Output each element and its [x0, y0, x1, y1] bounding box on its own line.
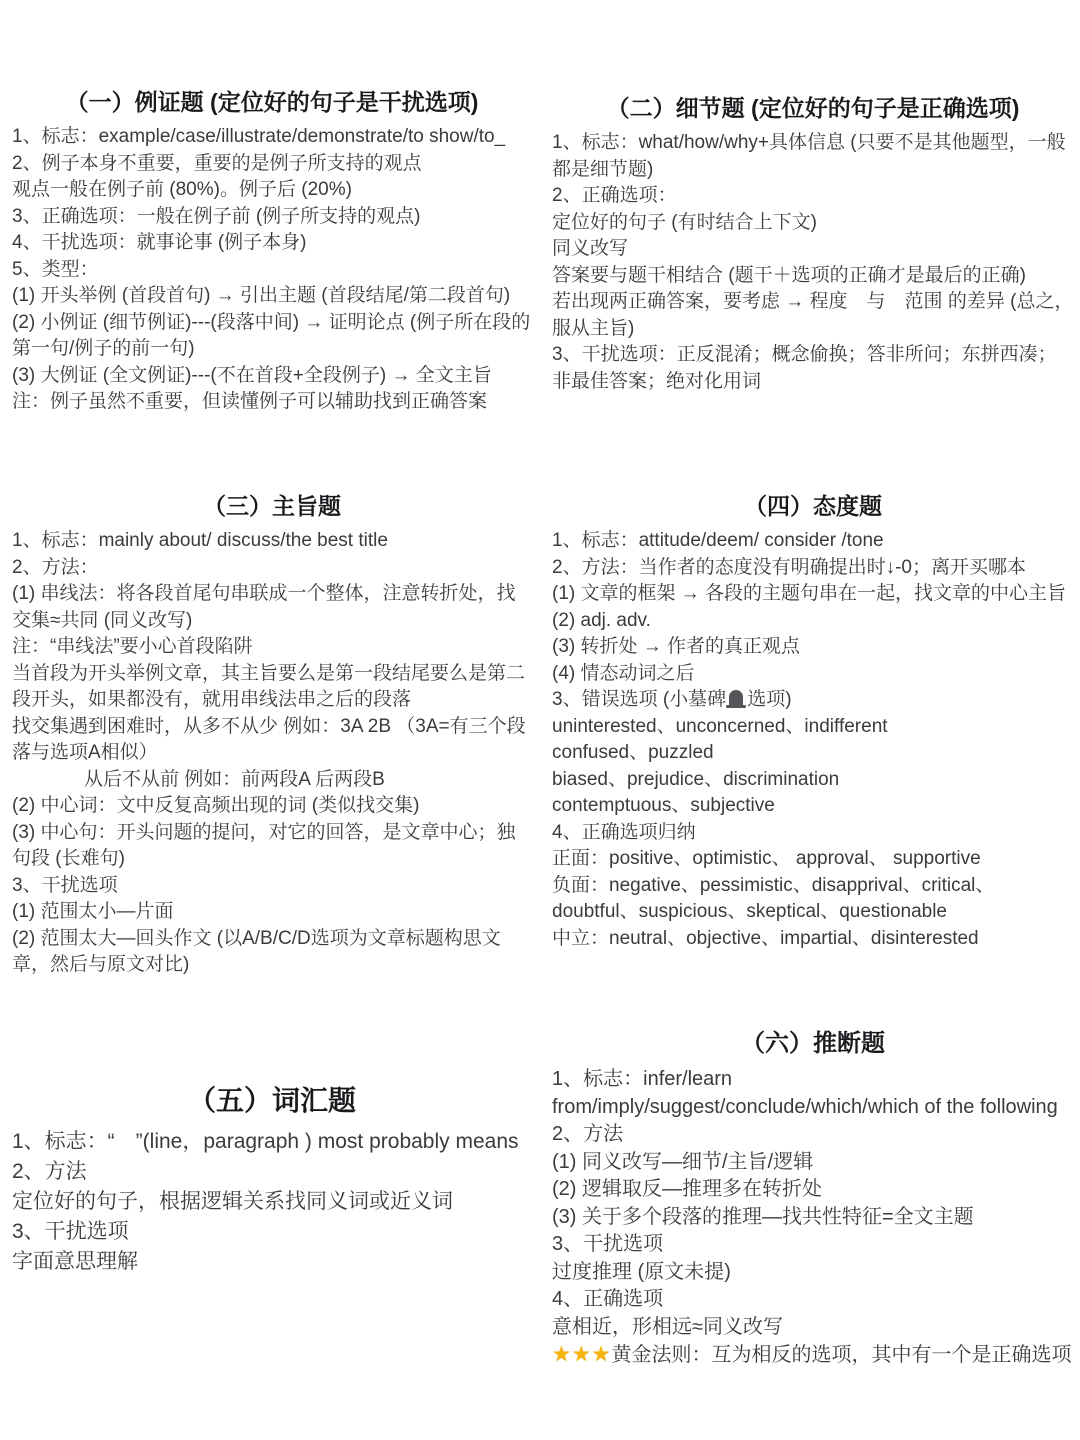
- text-line: 找交集遇到困难时，从多不从少 例如：3A 2B （3A=有三个段落与选项A相似）: [12, 714, 532, 767]
- section-body-main-idea: 1、标志：mainly about/ discuss/the best titl…: [12, 528, 532, 979]
- star-icon: ★: [552, 1343, 572, 1366]
- text-line: 定位好的句子，根据逻辑关系找同义词或近义词: [12, 1187, 532, 1217]
- section-body-example: 1、标志：example/case/illustrate/demonstrate…: [12, 124, 532, 416]
- text-line: 2、正确选项：: [552, 183, 1074, 210]
- text-line: 答案要与题干相结合 (题干＋选项的正确才是最后的正确): [552, 263, 1074, 290]
- text-line: 4、正确选项: [552, 1286, 1074, 1314]
- text-line: 注：例子虽然不重要，但读懂例子可以辅助找到正确答案: [12, 389, 532, 416]
- text-line: 2、方法：当作者的态度没有明确提出时↓-0；离开买哪本: [552, 555, 1074, 582]
- text-line: 过度推理 (原文未提): [552, 1259, 1074, 1287]
- text-line: (3) 中心句：开头问题的提问，对它的回答，是文章中心；独句段 (长难句): [12, 820, 532, 873]
- text-line: contemptuous、subjective: [552, 793, 1074, 820]
- text-line: (2) 范围太大—回头作文 (以A/B/C/D选项为文章标题构思文章，然后与原文…: [12, 926, 532, 979]
- text-line: 1、标志：what/how/why+具体信息 (只要不是其他题型，一般都是细节题…: [552, 130, 1074, 183]
- text-line: (1) 同义改写—细节/主旨/逻辑: [552, 1149, 1074, 1177]
- section-example-questions: （一）例证题 (定位好的句子是干扰选项) 1、标志：example/case/i…: [12, 86, 532, 416]
- text-line: 3、错误选项 (小墓碑选项): [552, 687, 1074, 714]
- text-line: 意相近，形相远≈同义改写: [552, 1314, 1074, 1342]
- text-line: 4、干扰选项：就事论事 (例子本身): [12, 230, 532, 257]
- text-line: (4) 情态动词之后: [552, 661, 1074, 688]
- text-line: (2) adj. adv.: [552, 608, 1074, 635]
- text-line: 2、方法：: [12, 555, 532, 582]
- text-line: 3、干扰选项: [552, 1231, 1074, 1259]
- text-line: (1) 开头举例 (首段首句) → 引出主题 (首段结尾/第二段首句): [12, 283, 532, 310]
- text-line: 1、标志：example/case/illustrate/demonstrate…: [12, 124, 532, 151]
- section-body-detail: 1、标志：what/how/why+具体信息 (只要不是其他题型，一般都是细节题…: [552, 130, 1074, 395]
- text-line: 定位好的句子 (有时结合上下文): [552, 210, 1074, 237]
- text-line: (1) 文章的框架 → 各段的主题句串在一起，找文章的中心主旨: [552, 581, 1074, 608]
- text-line: 3、正确选项：一般在例子前 (例子所支持的观点): [12, 204, 532, 231]
- section-body-inference: 1、标志：infer/learn from/imply/suggest/conc…: [552, 1066, 1074, 1370]
- text-line: (2) 逻辑取反—推理多在转折处: [552, 1176, 1074, 1204]
- text-line: biased、prejudice、discrimination: [552, 767, 1074, 794]
- section-title-inference: （六）推断题: [552, 1028, 1074, 1060]
- text-line: 从后不从前 例如：前两段A 后两段B: [12, 767, 532, 794]
- text-line: 2、方法: [552, 1121, 1074, 1149]
- text-line: 负面：negative、pessimistic、disapprival、crit…: [552, 873, 1074, 926]
- text-line: 1、标志：mainly about/ discuss/the best titl…: [12, 528, 532, 555]
- text-line: (3) 关于多个段落的推理—找共性特征=全文主题: [552, 1204, 1074, 1232]
- text-line: 注：“串线法”要小心首段陷阱: [12, 634, 532, 661]
- text-line: 3、干扰选项: [12, 1217, 532, 1247]
- text-line: (3) 转折处 → 作者的真正观点: [552, 634, 1074, 661]
- star-icon: ★: [592, 1343, 612, 1366]
- text-line: confused、puzzled: [552, 740, 1074, 767]
- text-line: (2) 中心词：文中反复高频出现的词 (类似找交集): [12, 793, 532, 820]
- section-title-attitude: （四）态度题: [552, 490, 1074, 522]
- section-title-example: （一）例证题 (定位好的句子是干扰选项): [12, 86, 532, 118]
- section-detail-questions: （二）细节题 (定位好的句子是正确选项) 1、标志：what/how/why+具…: [552, 92, 1074, 395]
- star-icon: ★: [572, 1343, 592, 1366]
- section-vocabulary-questions: （五）词汇题 1、标志：“ ”(line，paragraph ) most pr…: [12, 1083, 532, 1277]
- text-line: ★★★黄金法则：互为相反的选项，其中有一个是正确选项: [552, 1341, 1074, 1370]
- text-line: 观点一般在例子前 (80%)。例子后 (20%): [12, 177, 532, 204]
- section-title-main-idea: （三）主旨题: [12, 490, 532, 522]
- text-line: 当首段为开头举例文章，其主旨要么是第一段结尾要么是第二段开头，如果都没有，就用串…: [12, 661, 532, 714]
- text-line: 3、干扰选项: [12, 873, 532, 900]
- text-line: 5、类型：: [12, 257, 532, 284]
- text-line: 字面意思理解: [12, 1247, 532, 1277]
- section-attitude-questions: （四）态度题 1、标志：attitude/deem/ consider /ton…: [552, 490, 1074, 952]
- text-line: 2、例子本身不重要，重要的是例子所支持的观点: [12, 151, 532, 178]
- section-title-vocabulary: （五）词汇题: [12, 1083, 532, 1119]
- text-line: 1、标志：infer/learn from/imply/suggest/conc…: [552, 1066, 1074, 1121]
- text-line: 4、正确选项归纳: [552, 820, 1074, 847]
- text-line: (1) 串线法：将各段首尾句串联成一个整体，注意转折处，找交集≈共同 (同义改写…: [12, 581, 532, 634]
- text-line: 同义改写: [552, 236, 1074, 263]
- tombstone-icon: [729, 690, 743, 706]
- reading-notes-page: （一）例证题 (定位好的句子是干扰选项) 1、标志：example/case/i…: [0, 0, 1080, 1440]
- text-line: 1、标志：“ ”(line，paragraph ) most probably …: [12, 1127, 532, 1157]
- section-inference-questions: （六）推断题 1、标志：infer/learn from/imply/sugge…: [552, 1028, 1074, 1370]
- text-line: 2、方法: [12, 1157, 532, 1187]
- section-title-detail: （二）细节题 (定位好的句子是正确选项): [552, 92, 1074, 124]
- section-main-idea-questions: （三）主旨题 1、标志：mainly about/ discuss/the be…: [12, 490, 532, 979]
- text-line: 1、标志：attitude/deem/ consider /tone: [552, 528, 1074, 555]
- text-line: 中立：neutral、objective、impartial、disintere…: [552, 926, 1074, 953]
- section-body-attitude: 1、标志：attitude/deem/ consider /tone2、方法：当…: [552, 528, 1074, 952]
- text-line: (3) 大例证 (全文例证)---(不在首段+全段例子) → 全文主旨: [12, 363, 532, 390]
- text-line: 3、干扰选项：正反混淆；概念偷换；答非所问；东拼西凑；非最佳答案；绝对化用词: [552, 342, 1074, 395]
- text-line: uninterested、unconcerned、indifferent: [552, 714, 1074, 741]
- text-line: 若出现两正确答案，要考虑 → 程度 与 范围 的差异 (总之，服从主旨): [552, 289, 1074, 342]
- text-line: (2) 小例证 (细节例证)---(段落中间) → 证明论点 (例子所在段的第一…: [12, 310, 532, 363]
- text-line: (1) 范围太小—片面: [12, 899, 532, 926]
- text-line: 正面：positive、optimistic、 approval、 suppor…: [552, 846, 1074, 873]
- section-body-vocabulary: 1、标志：“ ”(line，paragraph ) most probably …: [12, 1127, 532, 1277]
